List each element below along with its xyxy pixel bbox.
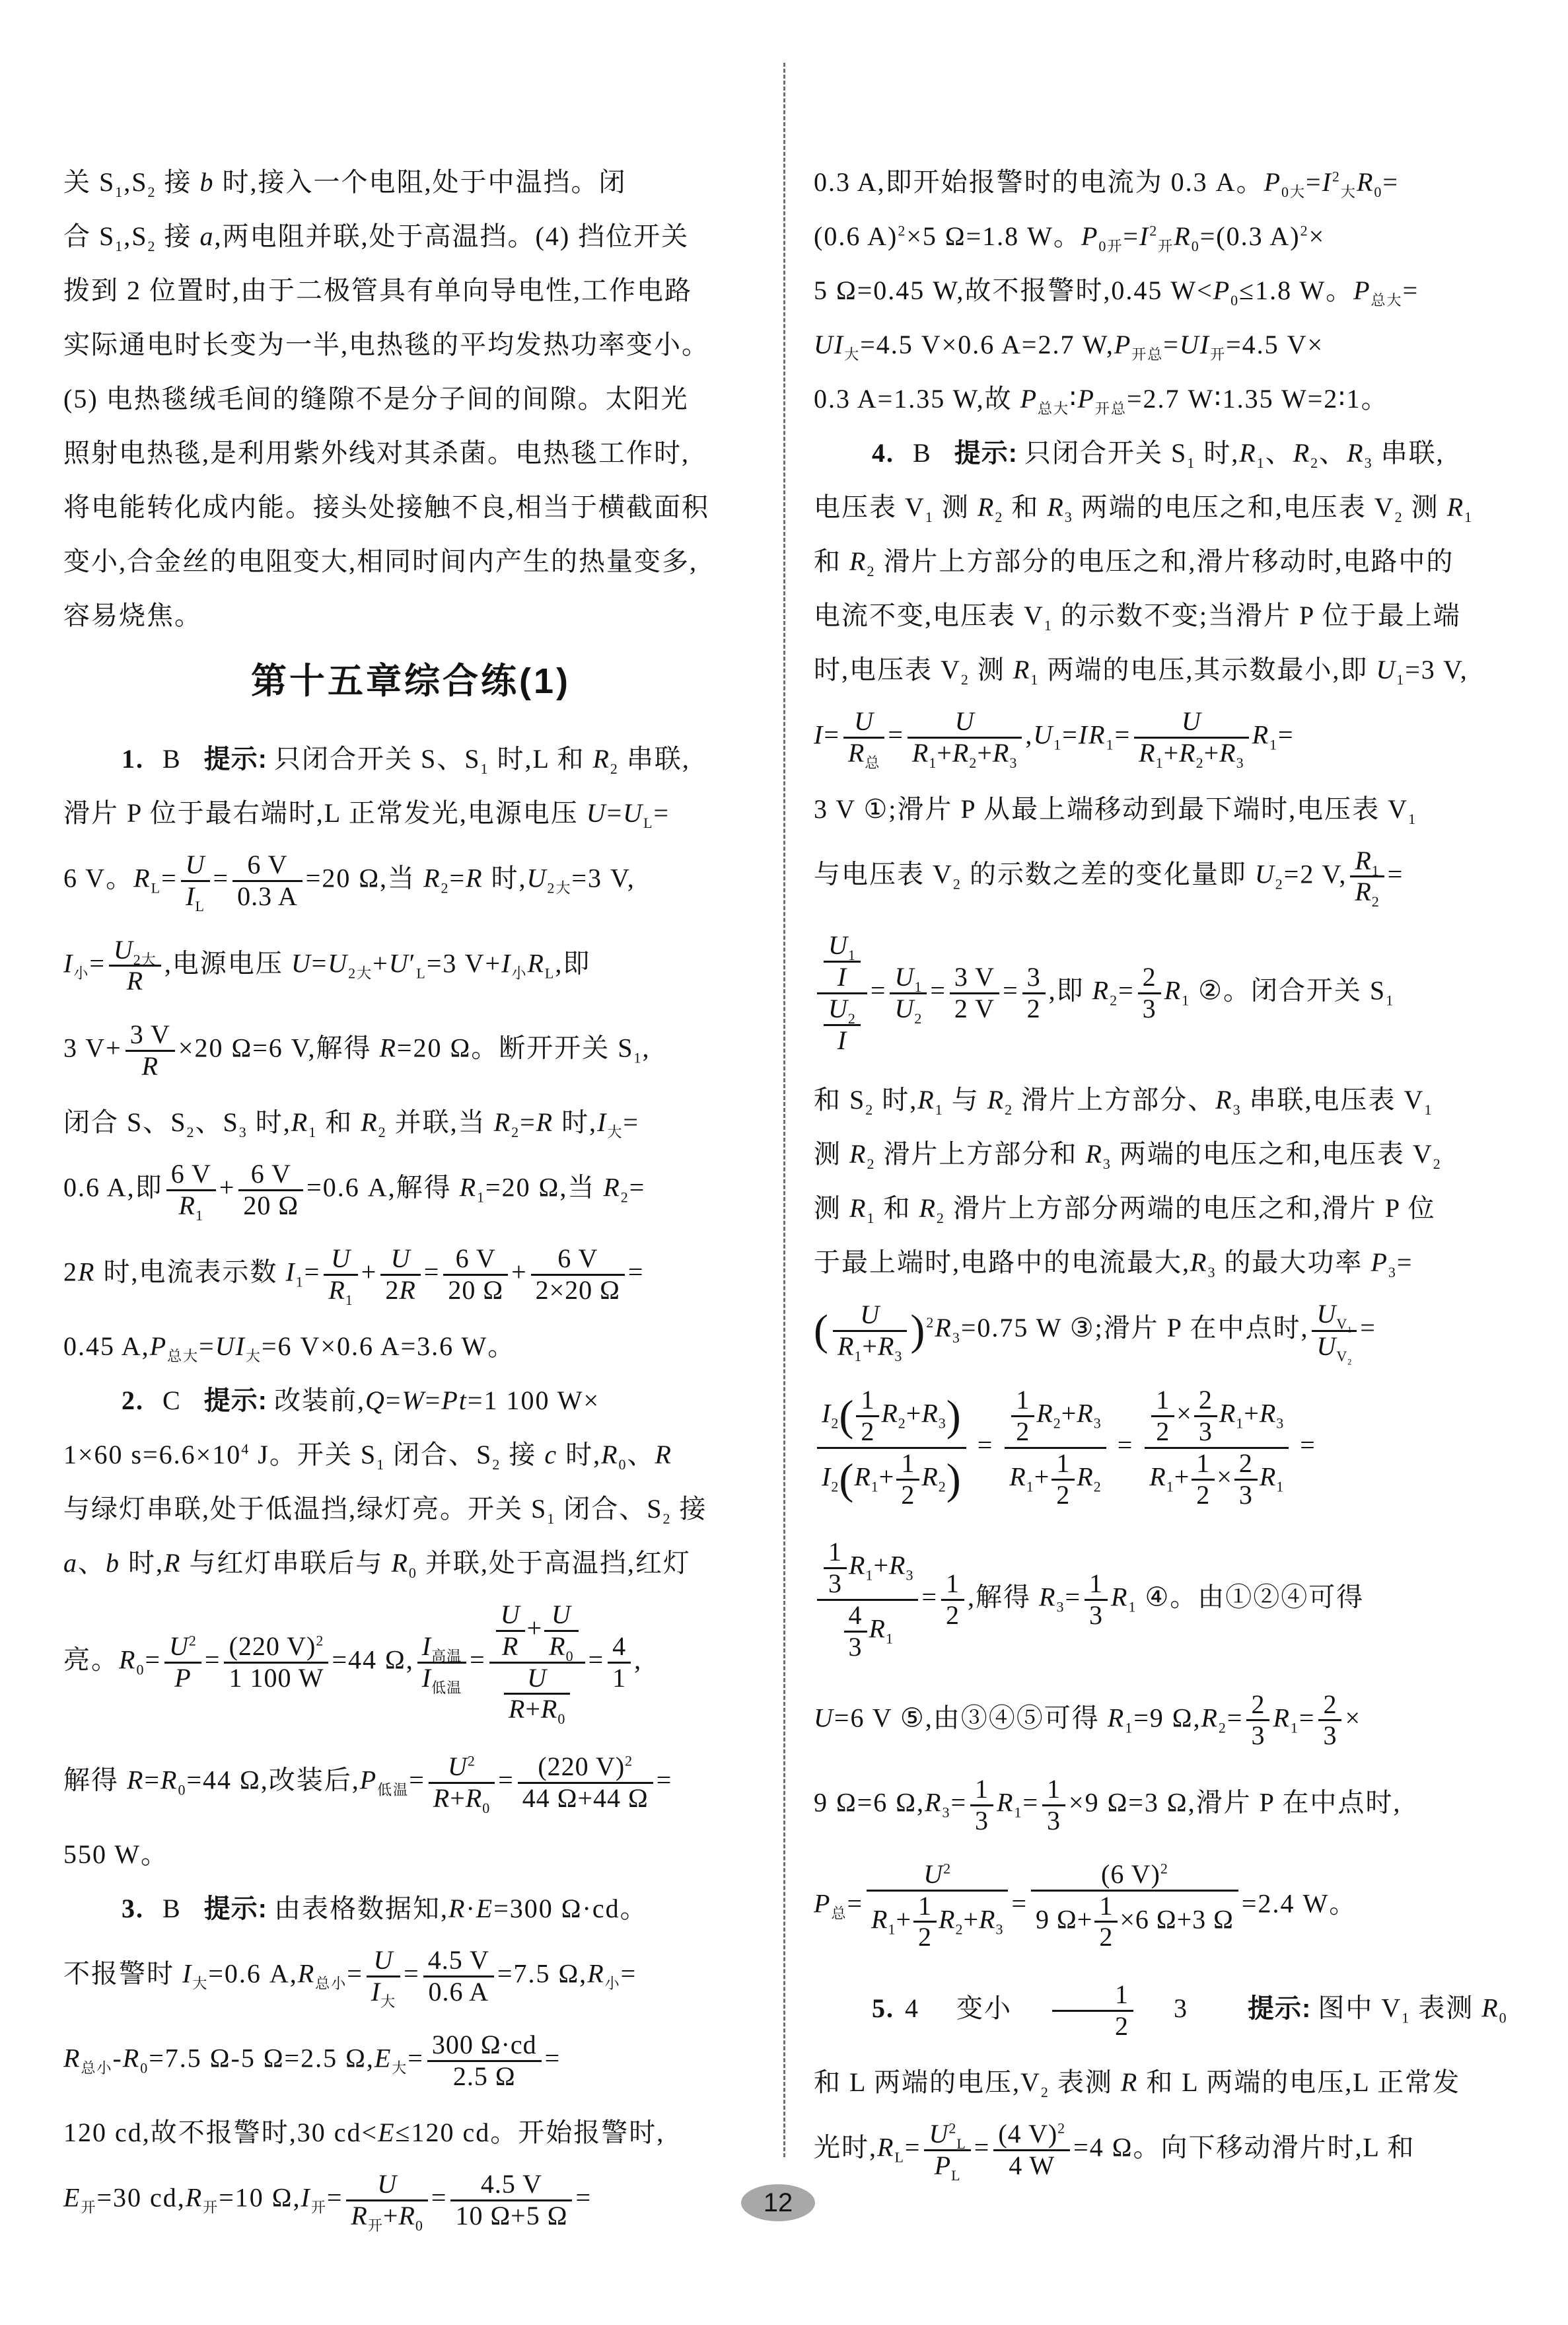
text-line: 0.3 A=1.35 W,故 P总大∶P开总=2.7 W∶1.35 W=2∶1。 xyxy=(814,382,1514,416)
text-line: 实际通电时长变为一半,电热毯的平均发热功率变小。 xyxy=(63,328,758,362)
intro-paragraph: 关 S1,S2 接 b 时,接入一个电阻,处于中温挡。闭合 S1,S2 接 a,… xyxy=(63,165,758,633)
text-line: 与绿灯串联,处于低温挡,绿灯亮。开关 S1 闭合、S2 接 xyxy=(63,1492,758,1526)
text-line: P总=U2R1+12R2+R3=(6 V)29 Ω+12×6 Ω+3 Ω=2.4… xyxy=(814,1860,1514,1952)
text-line: 将电能转化成内能。接头处接触不良,相当于横截面积 xyxy=(63,490,758,525)
text-line: 和 L 两端的电压,V2 表测 R 和 L 两端的电压,L 正常发 xyxy=(814,2065,1514,2100)
text-line: 电压表 V1 测 R2 和 R3 两端的电压之和,电压表 V2 测 R1 xyxy=(814,490,1514,525)
text-line: I2(12R2+R3)I2(R1+12R2) = 12R2+R3R1+12R2 … xyxy=(814,1385,1514,1510)
page-number: 12 xyxy=(764,2188,793,2218)
text-line: U=6 V ⑤,由③④⑤可得 R1=9 Ω,R2=23R1=23× xyxy=(814,1690,1514,1752)
left-column: 关 S1,S2 接 b 时,接入一个电阻,处于中温挡。闭合 S1,S2 接 a,… xyxy=(63,165,758,2255)
text-line: 容易烧焦。 xyxy=(63,599,758,633)
text-line: 与电压表 V2 的示数之差的变化量即 U2=2 V,R1R2= xyxy=(814,846,1514,908)
text-line: 3 V ①;滑片 P 从最上端移动到最下端时,电压表 V1 xyxy=(814,792,1514,827)
page-number-badge: 12 xyxy=(741,2184,815,2221)
text-line: 拨到 2 位置时,由于二极管具有单向导电性,工作电路 xyxy=(63,274,758,308)
text-line: 0.45 A,P总大=UI大=6 V×0.6 A=3.6 W。 xyxy=(63,1329,758,1364)
text-line: 和 R2 滑片上方部分的电压之和,滑片移动时,电路中的 xyxy=(814,544,1514,579)
text-line: 0.6 A,即6 VR1+6 V20 Ω=0.6 A,解得 R1=20 Ω,当 … xyxy=(63,1160,758,1221)
text-line: 闭合 S、S2、S3 时,R1 和 R2 并联,当 R2=R 时,I大= xyxy=(63,1105,758,1140)
text-line: 9 Ω=6 Ω,R3=13R1=13×9 Ω=3 Ω,滑片 P 在中点时, xyxy=(814,1775,1514,1836)
text-line: UI大=4.5 V×0.6 A=2.7 W,P开总=UI开=4.5 V× xyxy=(814,328,1514,362)
text-line: 2. C提示:改装前,Q=W=Pt=1 100 W× xyxy=(63,1384,758,1418)
text-line: 5 Ω=0.45 W,故不报警时,0.45 W<P0≤1.8 W。P总大= xyxy=(814,274,1514,308)
text-line: 120 cd,故不报警时,30 cd<E≤120 cd。开始报警时, xyxy=(63,2116,758,2150)
text-line: I小=U2大R,电源电压 U=U2大+U′L=3 V+I小RL,即 xyxy=(63,936,758,997)
text-line: 1. B提示:只闭合开关 S、S1 时,L 和 R2 串联, xyxy=(63,742,758,776)
left-answers: 1. B提示:只闭合开关 S、S1 时,L 和 R2 串联,滑片 P 位于最右端… xyxy=(63,742,758,2231)
text-line: 13R1+R343R1=12,解得 R3=13R1 ④。由①②④可得 xyxy=(814,1537,1514,1662)
text-line: 4. B提示:只闭合开关 S1 时,R1、R2、R3 串联, xyxy=(814,436,1514,470)
text-line: 变小,合金丝的电阻变大,相同时间内产生的热量变多, xyxy=(63,544,758,579)
text-line: 滑片 P 位于最右端时,L 正常发光,电源电压 U=UL= xyxy=(63,796,758,830)
text-line: (0.6 A)2×5 Ω=1.8 W。P0开=I2开R0=(0.3 A)2× xyxy=(814,219,1514,254)
text-line: 3 V+3 VR×20 Ω=6 V,解得 R=20 Ω。断开开关 S1, xyxy=(63,1020,758,1082)
text-line: 于最上端时,电路中的电流最大,R3 的最大功率 P3= xyxy=(814,1245,1514,1280)
text-line: E开=30 cd,R开=10 Ω,I开=UR开+R0=4.5 V10 Ω+5 Ω… xyxy=(63,2170,758,2231)
text-line: 5.4变小123提示:图中 V1 表测 R0 xyxy=(814,1980,1514,2042)
text-line: 时,电压表 V2 测 R1 两端的电压,其示数最小,即 U1=3 V, xyxy=(814,653,1514,687)
text-line: 合 S1,S2 接 a,两电阻并联,处于高温挡。(4) 挡位开关 xyxy=(63,219,758,254)
right-column: 0.3 A,即开始报警时的电流为 0.3 A。P0大=I2大R0=(0.6 A)… xyxy=(814,165,1514,2204)
text-line: R总小-R0=7.5 Ω-5 Ω=2.5 Ω,E大=300 Ω·cd2.5 Ω= xyxy=(63,2030,758,2092)
text-line: 关 S1,S2 接 b 时,接入一个电阻,处于中温挡。闭 xyxy=(63,165,758,200)
text-line: 6 V。RL=UIL=6 V0.3 A=20 Ω,当 R2=R 时,U2大=3 … xyxy=(63,850,758,912)
text-line: 3. B提示:由表格数据知,R·E=300 Ω·cd。 xyxy=(63,1892,758,1926)
text-line: I=UR总=UR1+R2+R3,U1=IR1=UR1+R2+R3R1= xyxy=(814,707,1514,768)
text-line: (5) 电热毯绒毛间的缝隙不是分子间的间隙。太阳光 xyxy=(63,382,758,416)
text-line: 电流不变,电压表 V1 的示数不变;当滑片 P 位于最上端 xyxy=(814,599,1514,633)
text-line: 亮。R0=U2P=(220 V)21 100 W=44 Ω,I高温I低温=UR+… xyxy=(63,1600,758,1724)
text-line: 和 S2 时,R1 与 R2 滑片上方部分、R3 串联,电压表 V1 xyxy=(814,1083,1514,1117)
text-line: 550 W。 xyxy=(63,1837,758,1872)
text-line: 2R 时,电流表示数 I1=UR1+U2R=6 V20 Ω+6 V2×20 Ω= xyxy=(63,1244,758,1306)
text-line: 测 R2 滑片上方部分和 R3 两端的电压之和,电压表 V2 xyxy=(814,1137,1514,1171)
text-line: 不报警时 I大=0.6 A,R总小=UI大=4.5 V0.6 A=7.5 Ω,R… xyxy=(63,1946,758,2007)
text-line: 解得 R=R0=44 Ω,改装后,P低温=U2R+R0=(220 V)244 Ω… xyxy=(63,1752,758,1814)
text-line: 光时,RL=U2LPL=(4 V)24 W=4 Ω。向下移动滑片时,L 和 xyxy=(814,2120,1514,2181)
text-line: a、b 时,R 与红灯串联后与 R0 并联,处于高温挡,红灯 xyxy=(63,1546,758,1580)
text-line: 0.3 A,即开始报警时的电流为 0.3 A。P0大=I2大R0= xyxy=(814,165,1514,200)
text-line: 照射电热毯,是利用紫外线对其杀菌。电热毯工作时, xyxy=(63,436,758,470)
right-answers: 0.3 A,即开始报警时的电流为 0.3 A。P0大=I2大R0=(0.6 A)… xyxy=(814,165,1514,2180)
text-line: U1IU2I=U1U2=3 V2 V=32,即 R2=23R1 ②。闭合开关 S… xyxy=(814,931,1514,1055)
text-line: 1×60 s=6.6×104 J。开关 S1 闭合、S2 接 c 时,R0、R xyxy=(63,1438,758,1472)
column-divider xyxy=(783,63,785,2157)
text-line: 测 R1 和 R2 滑片上方部分两端的电压之和,滑片 P 位 xyxy=(814,1191,1514,1226)
text-line: (UR1+R3)2R3=0.75 W ③;滑片 P 在中点时,UV1UV2= xyxy=(814,1300,1514,1362)
section-heading: 第十五章综合练(1) xyxy=(63,653,758,704)
